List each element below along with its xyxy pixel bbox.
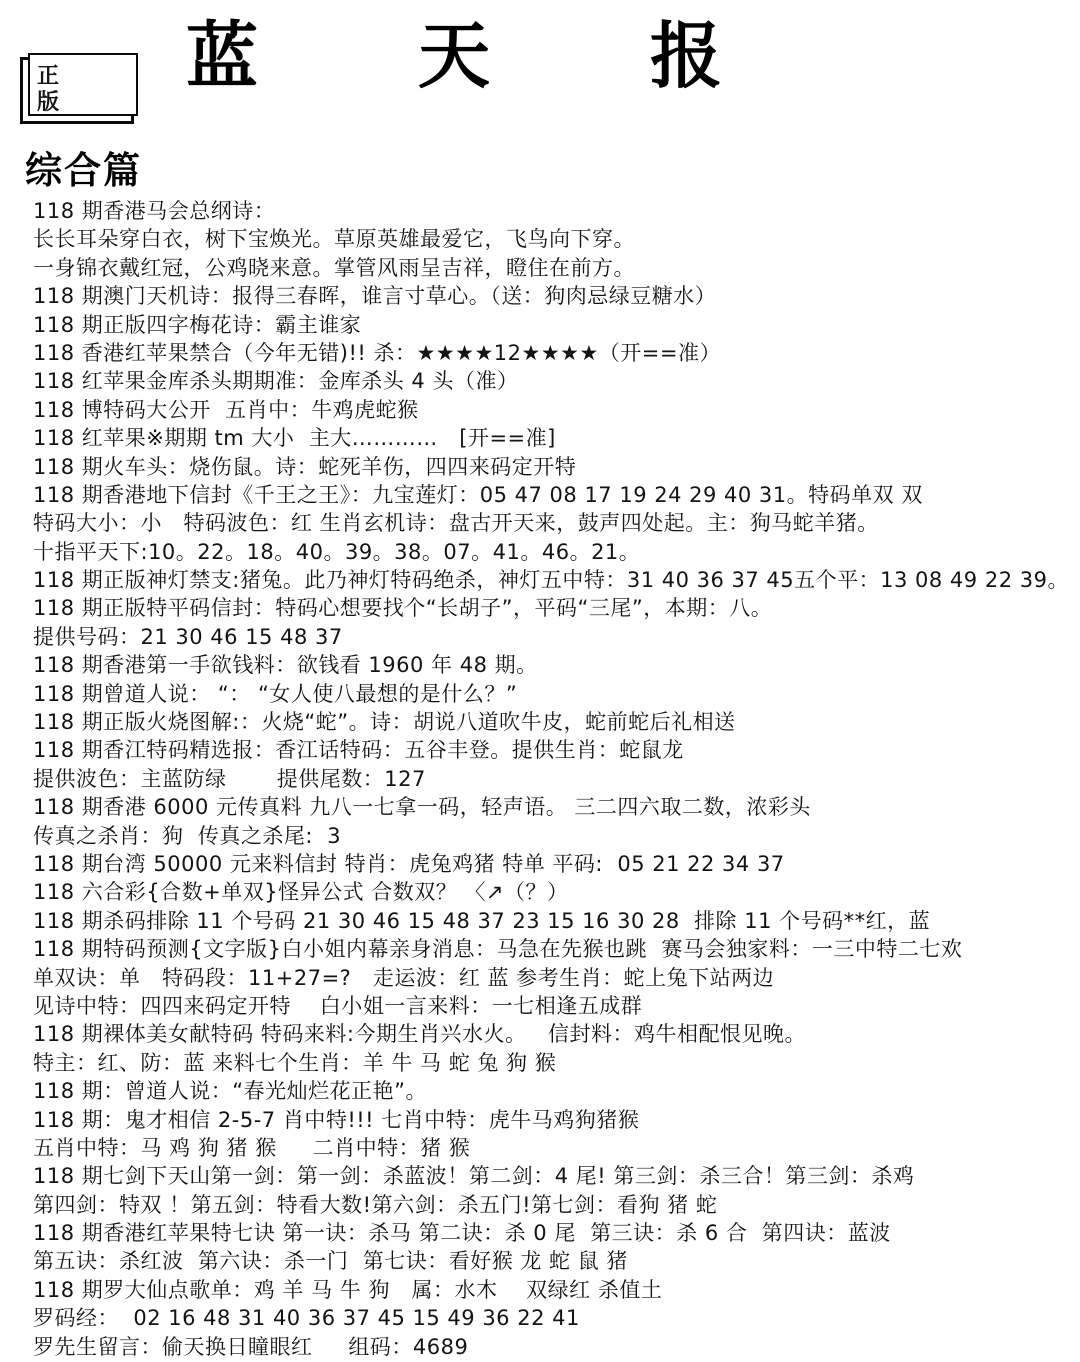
tip-line: 提供号码：21 30 46 15 48 37 [33, 623, 1063, 651]
tip-line: 118 期：鬼才相信 2-5-7 肖中特!!! 七肖中特：虎牛马鸡狗猪猴 [33, 1106, 1063, 1134]
tip-line: 118 期火车头：烧伤鼠。诗：蛇死羊伤，四四来码定开特 [33, 453, 1063, 481]
tip-line: 118 期台湾 50000 元来料信封 特肖：虎兔鸡猪 特单 平码: 05 21… [33, 850, 1063, 878]
title-char-1: 蓝 [186, 6, 258, 106]
tip-line: 118 博特码大公开 五肖中：牛鸡虎蛇猴 [33, 396, 1063, 424]
tip-line: 118 期香港马会总纲诗： [33, 197, 1063, 225]
tip-line: 特主：红、防：蓝 来料七个生肖：羊 牛 马 蛇 兔 狗 猴 [33, 1049, 1063, 1077]
paper-title: 蓝 天 报 [186, 6, 722, 106]
tip-line: 罗先生留言：偷天换日瞳眼红 组码：4689 [33, 1333, 1063, 1361]
tip-line: 118 期香港地下信封《千王之王》：九宝莲灯：05 47 08 17 19 24… [33, 481, 1063, 509]
tip-line: 传真之杀肖：狗 传真之杀尾: 3 [33, 822, 1063, 850]
title-char-2: 天 [418, 6, 490, 106]
title-char-3: 报 [650, 6, 722, 106]
tip-line: 第五诀：杀红波 第六诀：杀一门 第七诀：看好猴 龙 蛇 鼠 猪 [33, 1247, 1063, 1275]
tip-line: 一身锦衣戴红冠，公鸡晓来意。掌管风雨呈吉祥，瞪住在前方。 [33, 254, 1063, 282]
tip-line: 118 六合彩{合数+单双}怪异公式 合数双？ 〈↗（？） [33, 878, 1063, 906]
tip-line: 单双诀：单 特码段：11+27=? 走运波：红 蓝 参考生肖：蛇上兔下站两边 [33, 964, 1063, 992]
tip-line: 五肖中特：马 鸡 狗 猪 猴 二肖中特：猪 猴 [33, 1134, 1063, 1162]
tip-line: 特码大小：小 特码波色：红 生肖玄机诗：盘古开天来，鼓声四处起。主：狗马蛇羊猪。 [33, 509, 1063, 537]
tips-list: 118 期香港马会总纲诗： 长长耳朵穿白衣，树下宝焕光。草原英雄最爱它，飞鸟向下… [33, 197, 1063, 1361]
tip-line: 118 期七剑下天山第一剑：第一剑：杀蓝波！第二剑：4 尾! 第三剑：杀三合！第… [33, 1162, 1063, 1190]
edition-badge: 正 版 [20, 57, 134, 124]
tip-line: 118 期香港 6000 元传真料 九八一七拿一码，轻声语。 三二四六取二数，浓… [33, 793, 1063, 821]
tip-line: 118 期特码预测{文字版}白小姐内幕亲身消息：马急在先猴也跳 赛马会独家料：一… [33, 935, 1063, 963]
tip-line: 见诗中特：四四来码定开特 白小姐一言来料：一七相逢五成群 [33, 992, 1063, 1020]
tip-line: 118 期罗大仙点歌单：鸡 羊 马 牛 狗 属：水木 双绿红 杀值土 [33, 1276, 1063, 1304]
tip-line: 118 期杀码排除 11 个号码 21 30 46 15 48 37 23 15… [33, 907, 1063, 935]
tip-line: 118 期澳门天机诗：报得三春晖，谁言寸草心。（送：狗肉忌绿豆糖水） [33, 282, 1063, 310]
tip-line: 118 期正版特平码信封：特码心想要找个“长胡子”，平码“三尾”，本期：八。 [33, 594, 1063, 622]
tip-line: 118 红苹果金库杀头期期准：金库杀头 4 头（准） [33, 367, 1063, 395]
tip-line: 118 红苹果※期期 tm 大小 主大………… [开==准] [33, 424, 1063, 452]
tip-line: 118 期正版神灯禁支:猪兔。此乃神灯特码绝杀，神灯五中特：31 40 36 3… [33, 566, 1063, 594]
tip-line: 118 期香江特码精选报：香江话特码：五谷丰登。提供生肖：蛇鼠龙 [33, 736, 1063, 764]
tip-line: 118 期香港红苹果特七诀 第一诀：杀马 第二诀：杀 0 尾 第三诀：杀 6 合… [33, 1219, 1063, 1247]
newspaper-page: 正 版 蓝 天 报 ‥ 综合篇 118 期香港马会总纲诗： 长长耳朵穿白衣，树下… [0, 0, 1080, 1362]
tip-line: 第四剑：特双 ！第五剑：特看大数!第六剑：杀五门!第七剑：看狗 猪 蛇 [33, 1191, 1063, 1219]
tip-line: 118 期正版四字梅花诗：霸主谁家 [33, 311, 1063, 339]
tip-line: 提供波色：主蓝防绿 提供尾数：127 [33, 765, 1063, 793]
tip-line: 118 期曾道人说： “： “女人使八最想的是什么？” [33, 680, 1063, 708]
tip-line: 118 期：曾道人说：“春光灿烂花正艳”。 [33, 1077, 1063, 1105]
section-heading: 综合篇 [25, 140, 142, 194]
tip-line: 十指平天下:10。22。18。40。39。38。07。41。46。21。 [33, 538, 1063, 566]
tip-line: 118 香港红苹果禁合（今年无错)!! 杀：★★★★12★★★★（开==准） [33, 339, 1063, 367]
tip-line: 118 期香港第一手欲钱料：欲钱看 1960 年 48 期。 [33, 651, 1063, 679]
tip-line: 118 期裸体美女献特码 特码来料:今期生肖兴水火。 信封料：鸡牛相配恨见晚。 [33, 1020, 1063, 1048]
tip-line: 118 期正版火烧图解:：火烧“蛇”。诗：胡说八道吹牛皮，蛇前蛇后礼相送 [33, 708, 1063, 736]
tip-line: 长长耳朵穿白衣，树下宝焕光。草原英雄最爱它，飞鸟向下穿。 [33, 225, 1063, 253]
edition-badge-label: 正 版 [37, 64, 73, 115]
tip-line: 罗码经： 02 16 48 31 40 36 37 45 15 49 36 22… [33, 1304, 1063, 1332]
